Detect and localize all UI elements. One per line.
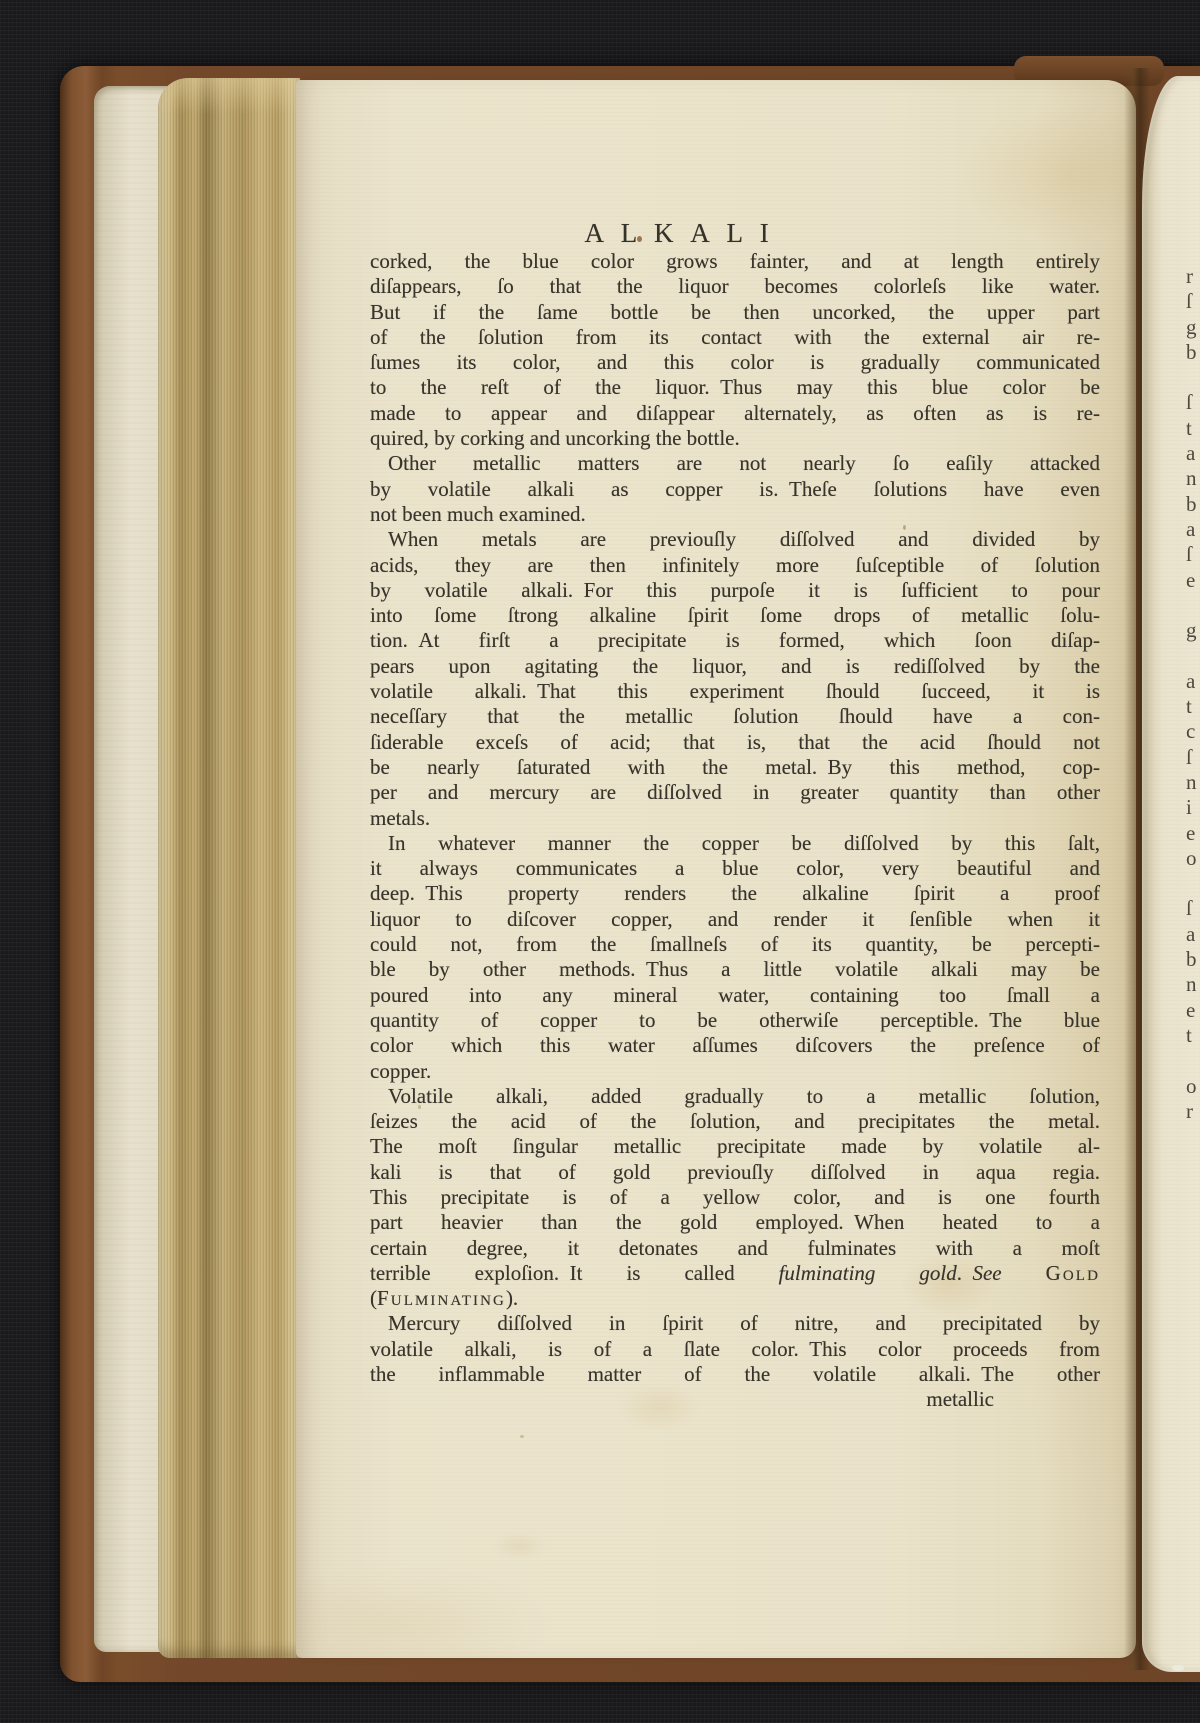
text-line: neceſſary that the metallic ſolution ſho… [370,704,1100,729]
page-edges-stack [158,78,300,1658]
book-page: ALKALI corked, the blue color grows fain… [296,80,1136,1658]
text-line: corked, the blue color grows fainter, an… [370,249,1100,274]
text-line: tion. At firſt a precipitate is formed, … [370,628,1100,653]
facing-page-line-fragment: r [1186,264,1200,289]
text-line: not been much examined. [370,502,1100,527]
facing-page-line-fragment: ſ [1186,896,1200,921]
text-line: into ſome ſtrong alkaline ſpirit ſome dr… [370,603,1100,628]
text-line: to the reſt of the liquor. Thus may this… [370,375,1100,400]
facing-page-line-fragment: a [1186,517,1200,542]
small-caps-text: Gold [1046,1261,1100,1285]
facing-page-text-fragments: rſgbſtanbaſegatcſnieoſabnetor [1186,264,1200,1124]
text-line: be nearly ſaturated with the metal. By t… [370,755,1100,780]
text-line: volatile alkali, is of a ſlate color. Th… [370,1337,1100,1362]
text-line: terrible exploſion. It is called fulmina… [370,1261,1100,1286]
facing-page-line-fragment: t [1186,1023,1200,1048]
text-line: by volatile alkali. For this purpoſe it … [370,578,1100,603]
catchword: metallic [370,1387,1100,1412]
facing-page-line-fragment: ſ [1186,542,1200,567]
facing-page-line-fragment: o [1186,846,1200,871]
facing-page-line-fragment: o [1186,1074,1200,1099]
backdrop-lint-speck [1172,1665,1184,1671]
text-line: acids, they are then infinitely more ſuſ… [370,553,1100,578]
text-line: ſumes its color, and this color is gradu… [370,350,1100,375]
text-line: diſappears, ſo that the liquor becomes c… [370,274,1100,299]
text-line: Volatile alkali, added gradually to a me… [370,1084,1100,1109]
text-line: The moſt ſingular metallic precipitate m… [370,1134,1100,1159]
text-line: ſeizes the acid of the ſolution, and pre… [370,1109,1100,1134]
text-line: This precipitate is of a yellow color, a… [370,1185,1100,1210]
text-line: When metals are previouſly diſſolved and… [370,527,1100,552]
text-line: ble by other methods. Thus a little vola… [370,957,1100,982]
text-line: liquor to diſcover copper, and render it… [370,907,1100,932]
text-line: of the ſolution from its contact with th… [370,325,1100,350]
facing-page-line-fragment: r [1186,1099,1200,1124]
facing-page-line-fragment: n [1186,466,1200,491]
text-line: part heavier than the gold employed. Whe… [370,1210,1100,1235]
paper-speck [637,236,642,242]
facing-page-line-fragment: b [1186,492,1200,517]
text-line: could not, from the ſmallneſs of its qua… [370,932,1100,957]
facing-page-line-fragment: g [1186,618,1200,643]
plain-text: terrible exploſion. It is called [370,1261,779,1285]
text-line: quantity of copper to be otherwiſe perce… [370,1008,1100,1033]
text-line: metals. [370,806,1100,831]
italic-text: See [972,1261,1001,1285]
facing-page-line-fragment: e [1186,568,1200,593]
plain-text: ). [506,1286,518,1310]
facing-page-line-fragment: a [1186,922,1200,947]
text-line: per and mercury are diſſolved in greater… [370,780,1100,805]
facing-page-sliver: rſgbſtanbaſegatcſnieoſabnetor [1142,76,1200,1672]
text-line: poured into any mineral water, containin… [370,983,1100,1008]
photo-backdrop: ALKALI corked, the blue color grows fain… [0,0,1200,1723]
text-line: ſiderable exceſs of acid; that is, that … [370,730,1100,755]
text-line: Mercury diſſolved in ſpirit of nitre, an… [370,1311,1100,1336]
text-line: quired, by corking and uncorking the bot… [370,426,1100,451]
facing-page-line-fragment: t [1186,694,1200,719]
facing-page-line-fragment [1186,643,1200,668]
facing-page-line-fragment: e [1186,998,1200,1023]
facing-page-line-fragment [1186,871,1200,896]
text-line: it always communicates a blue color, ver… [370,856,1100,881]
facing-page-line-fragment: c [1186,719,1200,744]
small-caps-text: Fulminating [377,1286,506,1310]
text-line: deep. This property renders the alkaline… [370,881,1100,906]
facing-page-line-fragment: t [1186,416,1200,441]
facing-page-line-fragment: b [1186,340,1200,365]
text-line: color which this water aſſumes diſcovers… [370,1033,1100,1058]
facing-page-line-fragment: n [1186,972,1200,997]
text-line: the inflammable matter of the volatile a… [370,1362,1100,1387]
facing-page-line-fragment: i [1186,795,1200,820]
plain-text: ( [370,1286,377,1310]
facing-page-line-fragment: ſ [1186,390,1200,415]
facing-page-line-fragment: e [1186,821,1200,846]
page-header: ALKALI [320,218,1050,249]
paper-speck [520,1435,524,1438]
facing-page-line-fragment [1186,365,1200,390]
italic-text: fulminating gold [779,1261,957,1285]
text-line: copper. [370,1059,1100,1084]
paper-speck [903,525,906,530]
facing-page-line-fragment: b [1186,947,1200,972]
facing-page-line-fragment [1186,593,1200,618]
text-line: In whatever manner the copper be diſſolv… [370,831,1100,856]
paper-speck [418,1105,421,1109]
text-line: by volatile alkali as copper is. Theſe ſ… [370,477,1100,502]
facing-page-line-fragment: ſ [1186,745,1200,770]
text-line: Other metallic matters are not nearly ſo… [370,451,1100,476]
facing-page-line-fragment: a [1186,669,1200,694]
text-line: kali is that of gold previouſly diſſolve… [370,1160,1100,1185]
text-line: volatile alkali. That this experiment ſh… [370,679,1100,704]
text-line: pears upon agitating the liquor, and is … [370,654,1100,679]
text-line: (Fulminating). [370,1286,1100,1311]
text-line: made to appear and diſappear alternately… [370,401,1100,426]
text-line: certain degree, it detonates and fulmina… [370,1236,1100,1261]
facing-page-line-fragment: a [1186,441,1200,466]
facing-page-line-fragment [1186,1048,1200,1073]
plain-text: . [957,1261,973,1285]
facing-page-line-fragment: ſ [1186,289,1200,314]
text-line: But if the ſame bottle be then uncorked,… [370,300,1100,325]
page-text-column: corked, the blue color grows fainter, an… [370,249,1100,1413]
facing-page-line-fragment: g [1186,315,1200,340]
facing-page-line-fragment: n [1186,770,1200,795]
plain-text [1002,1261,1046,1285]
